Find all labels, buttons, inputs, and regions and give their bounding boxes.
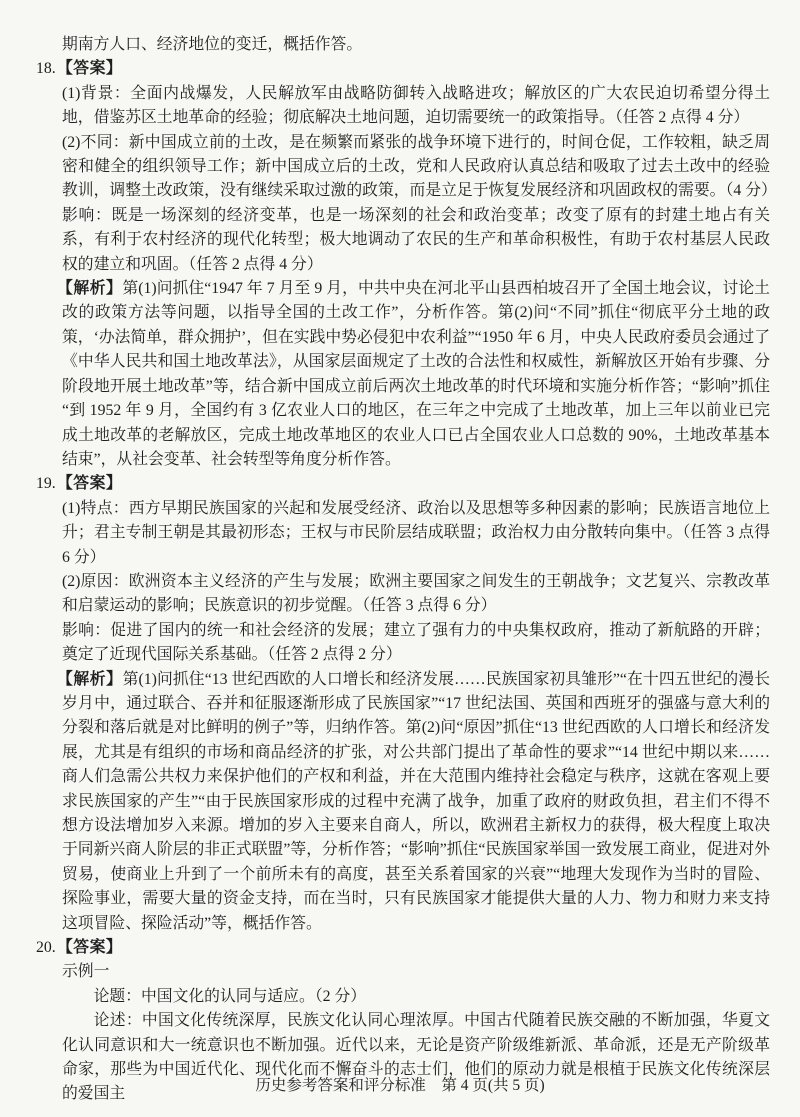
question-number-18: 18. bbox=[36, 57, 56, 81]
item-19-analysis-paragraph: 【解析】第(1)问抓住“13 世纪西欧的人口增长和经济发展……民族国家初具雏形”… bbox=[62, 668, 770, 936]
analysis-tag-18: 【解析】 bbox=[57, 280, 122, 297]
item-19-impact-paragraph: 影响：促进了国内的统一和社会经济的发展；建立了强有力的中央集权政府，推动了新航路… bbox=[62, 619, 770, 668]
page-footer: 历史参考答案和评分标准 第 4 页(共 5 页) bbox=[0, 1074, 800, 1098]
answer-tag-20: 【答案】 bbox=[57, 939, 122, 956]
item-20-example-label: 示例一 bbox=[62, 960, 770, 984]
item-18-difference-paragraph: (2)不同：新中国成立前的土改，是在频繁而紧张的战争环境下进行的，时间仓促，工作… bbox=[62, 131, 770, 204]
item-18-analysis-paragraph: 【解析】第(1)问抓住“1947 年 7 月至 9 月，中共中央在河北平山县西柏… bbox=[62, 277, 770, 472]
item-19-features-paragraph: (1)特点：西方早期民族国家的兴起和发展受经济、政治以及思想等多种因素的影响；民… bbox=[62, 497, 770, 570]
item-19-causes-paragraph: (2)原因：欧洲资本主义经济的产生与发展；欧洲主要国家之间发生的王朝战争；文艺复… bbox=[62, 570, 770, 619]
question-number-20: 20. bbox=[36, 936, 56, 960]
item-18-analysis-text: 第(1)问抓住“1947 年 7 月至 9 月，中共中央在河北平山县西柏坡召开了… bbox=[62, 280, 770, 468]
item-18-background-paragraph: (1)背景：全面内战爆发，人民解放军由战略防御转入战略进攻；解放区的广大农民迫切… bbox=[62, 82, 770, 131]
item-20-thesis-paragraph: 论题：中国文化的认同与适应。（2 分） bbox=[62, 985, 770, 1009]
item-20-header: 20.【答案】 bbox=[62, 936, 770, 960]
analysis-tag-19: 【解析】 bbox=[57, 671, 123, 688]
answer-item-19: 19.【答案】 (1)特点：西方早期民族国家的兴起和发展受经济、政治以及思想等多… bbox=[62, 472, 770, 936]
document-body: 期南方人口、经济地位的变迁，概括作答。 18.【答案】 (1)背景：全面内战爆发… bbox=[62, 33, 770, 1107]
answer-tag-19: 【答案】 bbox=[57, 475, 122, 492]
item-19-header: 19.【答案】 bbox=[62, 472, 770, 496]
question-number-19: 19. bbox=[36, 472, 56, 496]
continuation-line: 期南方人口、经济地位的变迁，概括作答。 bbox=[62, 33, 770, 57]
item-19-analysis-text: 第(1)问抓住“13 世纪西欧的人口增长和经济发展……民族国家初具雏形”“在十四… bbox=[62, 671, 770, 932]
scanned-answer-key-page: { "page": { "background_color": "#f7f7f4… bbox=[0, 0, 800, 1117]
answer-item-18: 18.【答案】 (1)背景：全面内战爆发，人民解放军由战略防御转入战略进攻；解放… bbox=[62, 57, 770, 472]
answer-tag-18: 【答案】 bbox=[57, 60, 122, 77]
item-18-impact-paragraph: 影响：既是一场深刻的经济变革，也是一场深刻的社会和政治变革；改变了原有的封建土地… bbox=[62, 204, 770, 277]
item-18-header: 18.【答案】 bbox=[62, 57, 770, 81]
